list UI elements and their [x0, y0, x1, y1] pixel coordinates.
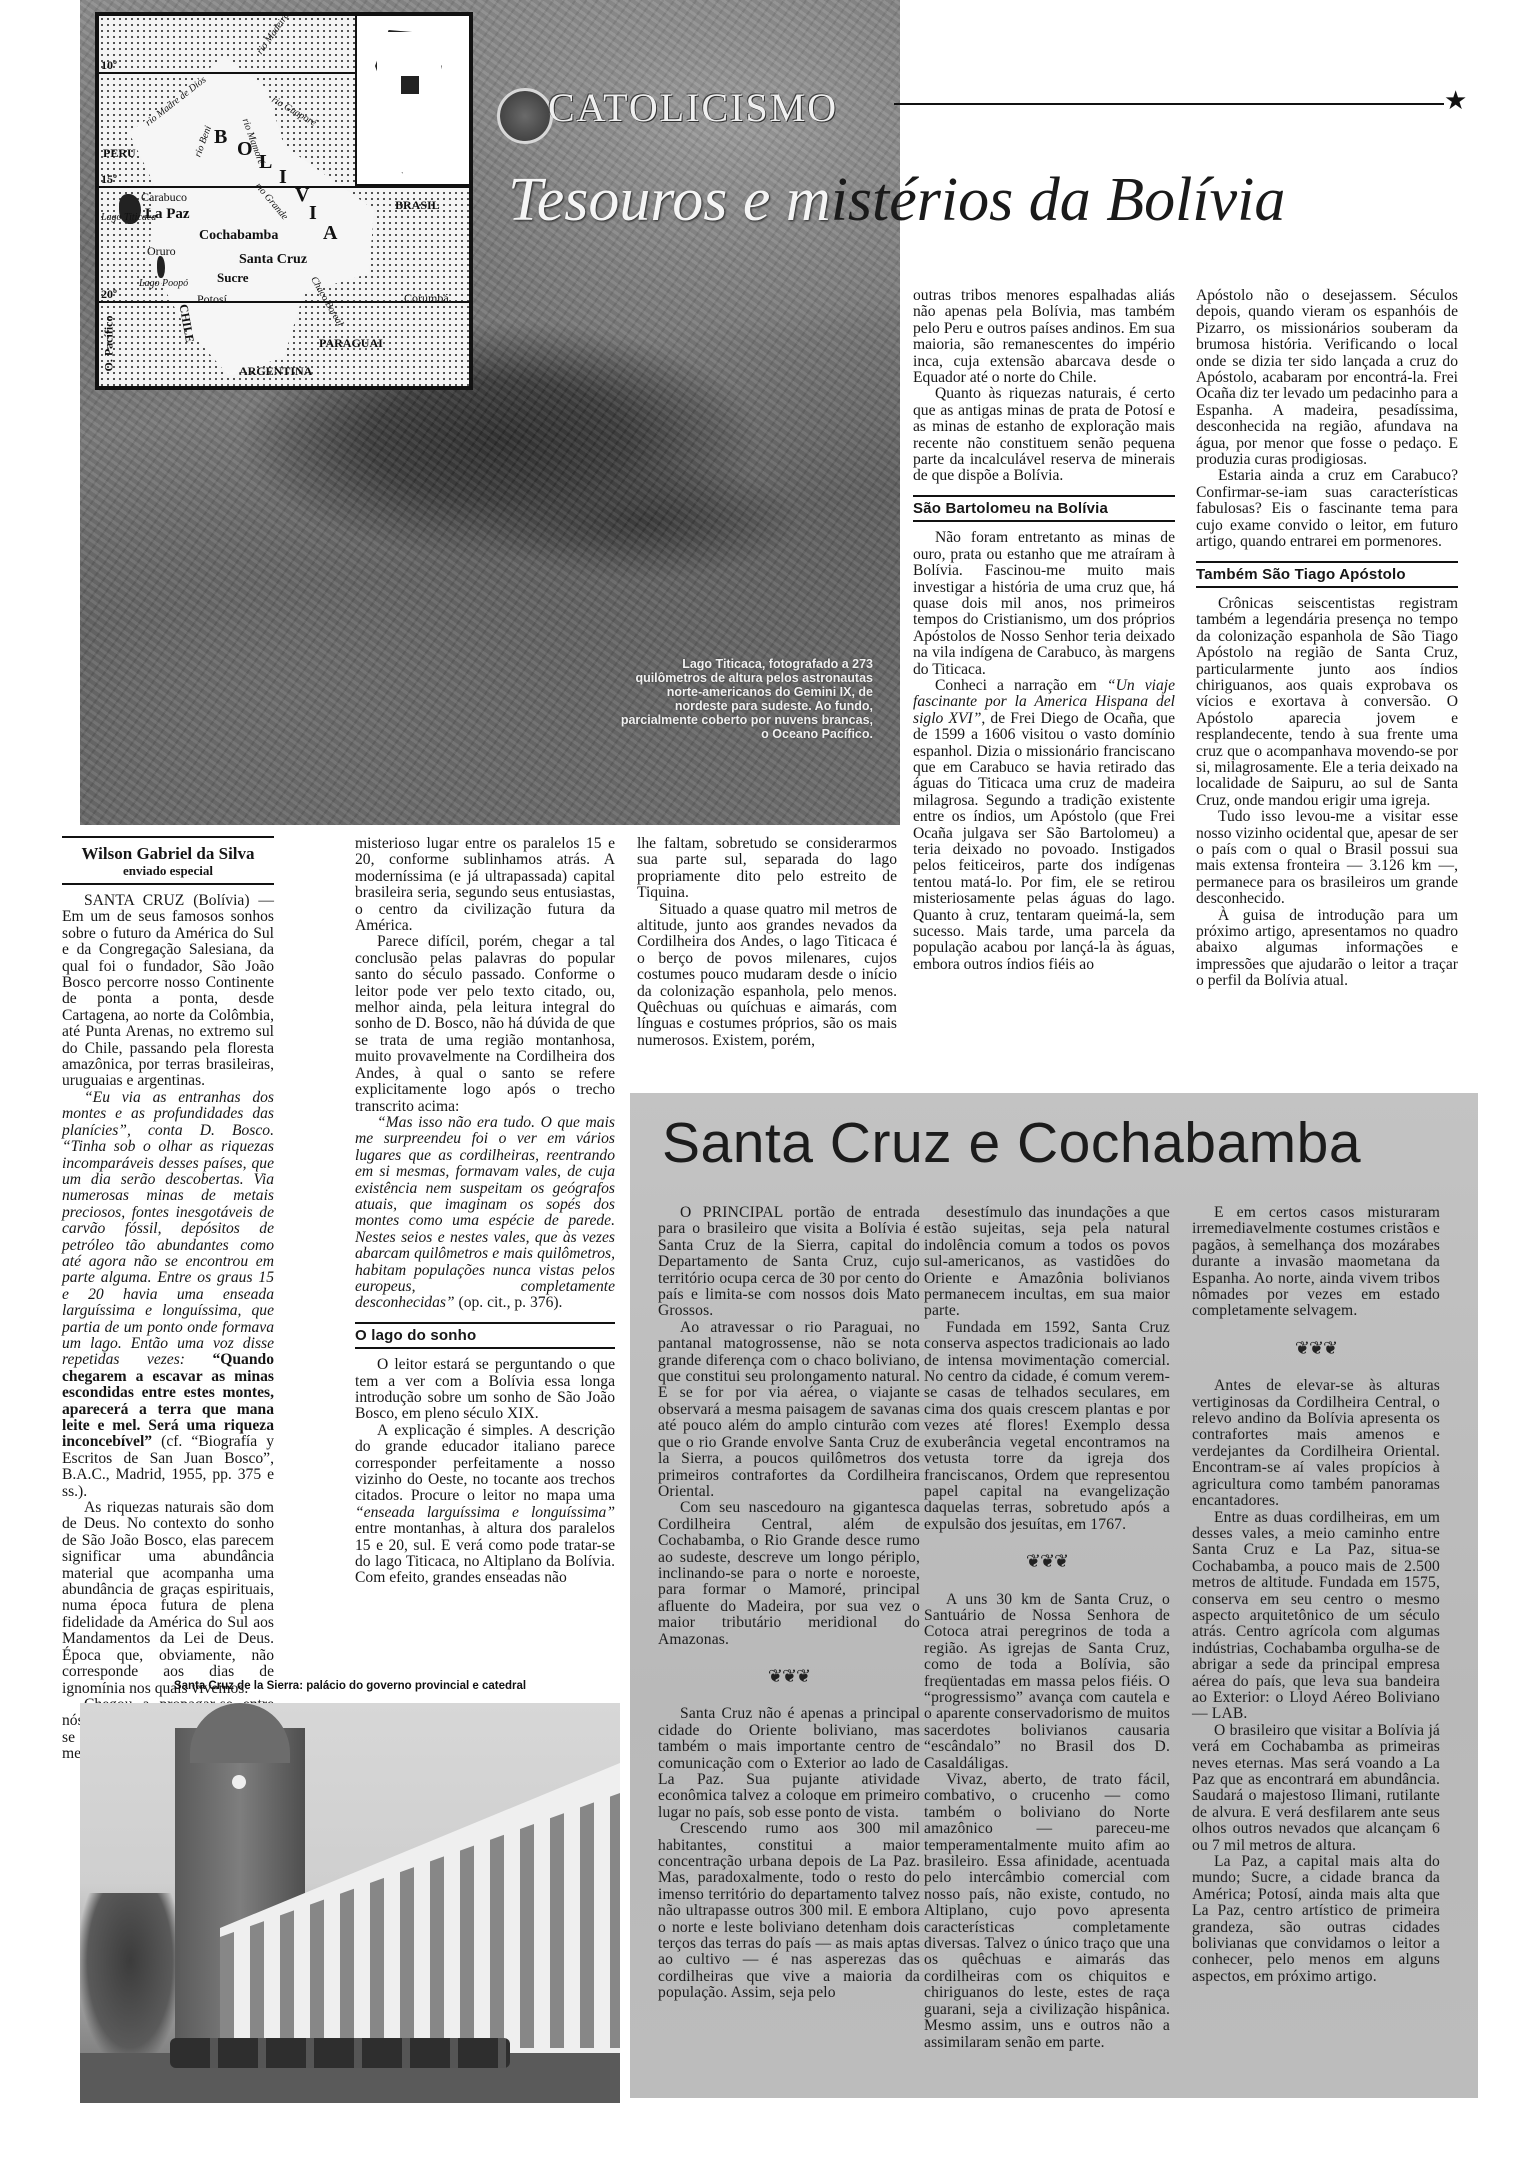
quote-bosco: “Mas isso não era tudo. O que mais me su…: [355, 1114, 615, 1311]
subhead-sao-bartolomeu: São Bartolomeu na Bolívia: [913, 495, 1175, 522]
paragraph: Fundada em 1592, Santa Cruz conserva asp…: [924, 1320, 1170, 1533]
paragraph: Conheci a narração em “Un viaje fascinan…: [913, 678, 1175, 973]
label-ocean: O. Pacífico: [101, 316, 116, 372]
article-column-1: SANTA CRUZ (Bolívia) — Em um de seus fam…: [62, 893, 274, 1763]
paragraph: “Mas isso não era tudo. O que mais me su…: [355, 1115, 615, 1312]
paragraph: O brasileiro que visitar a Bolívia já ve…: [1192, 1723, 1440, 1854]
label-cochabamba: Cochabamba: [199, 228, 278, 244]
paragraph: Santa Cruz não é apenas a principal cida…: [658, 1706, 920, 1821]
label-rio-madeira: rio Madeira: [255, 12, 292, 57]
paragraph: À guisa de introdução para um próximo ar…: [1196, 908, 1458, 990]
south-america-outline: [375, 30, 443, 174]
paragraph: Entre as duas cordilheiras, em um desses…: [1192, 1510, 1440, 1723]
paragraph: Apóstolo não o desejassem. Séculos depoi…: [1196, 288, 1458, 468]
paragraph: Quanto às riquezas naturais, é certo que…: [913, 386, 1175, 484]
label-santa-cruz: Santa Cruz: [239, 252, 307, 268]
lake-poopo-shape: [157, 256, 165, 278]
byline: Wilson Gabriel da Silva enviado especial: [62, 836, 274, 885]
south-america-inset-map: [355, 16, 469, 186]
paragraph: outras tribos menores espalhadas aliás n…: [913, 288, 1175, 386]
label-peru: PERU: [103, 146, 136, 161]
article-column-5: Apóstolo não o desejassem. Séculos depoi…: [1196, 288, 1458, 990]
article-column-2: misterioso lugar entre os paralelos 15 e…: [355, 836, 615, 1587]
cathedral-dome: [190, 1703, 290, 1763]
paragraph: Parece difícil, porém, chegar a tal conc…: [355, 934, 615, 1114]
catolicismo-seal-logo: [497, 88, 553, 144]
text: , de Frei Diego de Ocaña, que de 1599 a …: [913, 710, 1175, 973]
bolivia-highlight: [401, 76, 419, 94]
label-potosi: Potosí: [197, 292, 227, 307]
box-column-1: O PRINCIPAL portão de entrada para o bra…: [658, 1205, 920, 2002]
label-paraguai: PARAGUAI: [319, 336, 383, 351]
paragraph: Tudo isso levou-me a visitar esse nosso …: [1196, 809, 1458, 907]
text: Conheci a narração em: [935, 677, 1097, 694]
parked-cars: [170, 2038, 510, 2068]
label-carabuco: Carabuco: [141, 190, 187, 205]
text: entre montanhas, à altura dos paralelos …: [355, 1520, 615, 1586]
paragraph: La Paz, a capital mais alta do mundo; Su…: [1192, 1854, 1440, 1985]
building-photo-caption: Santa Cruz de la Sierra: palácio do gove…: [80, 1680, 620, 1692]
author-name: Wilson Gabriel da Silva: [62, 844, 274, 863]
bolivia-map: 10º 15º 20º B O L I V I A PERU BRASIL PA…: [95, 12, 473, 390]
paragraph: misterioso lugar entre os paralelos 15 e…: [355, 836, 615, 934]
article-column-4: outras tribos menores espalhadas aliás n…: [913, 288, 1175, 973]
paragraph: Estaria ainda a cruz em Carabuco? Confir…: [1196, 468, 1458, 550]
ornament-divider-icon: ❦❦❦: [924, 1553, 1170, 1569]
ornament-divider-icon: ❦❦❦: [1192, 1340, 1440, 1356]
article-headline: Tesouros e mistérios da Bolívia: [508, 165, 1285, 236]
quote-bosco: “Eu via as entranhas dos montes e as pro…: [62, 1089, 274, 1369]
paragraph: As riquezas naturais são dom de Deus. No…: [62, 1500, 274, 1697]
label-brasil: BRASIL: [395, 198, 440, 213]
map-letter: I: [309, 202, 319, 225]
masthead-rule: [894, 103, 1444, 105]
article-column-3: lhe faltam, sobretudo se considerarmos s…: [637, 836, 897, 1049]
label-corumba: Corumbá: [404, 291, 449, 306]
text: A explicação é simples. A descrição do g…: [355, 1422, 615, 1505]
paragraph: desestímulo das inundações a que estão s…: [924, 1205, 1170, 1320]
paragraph: Com seu nascedouro na gigantesca Cordilh…: [658, 1500, 920, 1648]
map-letter: I: [279, 166, 289, 189]
ornament-divider-icon: ❦❦❦: [658, 1668, 920, 1684]
map-letter: A: [323, 222, 339, 245]
subhead-sao-tiago: Também São Tiago Apóstolo: [1196, 561, 1458, 588]
paragraph: Ao atravessar o rio Paraguai, no pantana…: [658, 1320, 920, 1500]
label-argentina: ARGENTINA: [239, 364, 312, 379]
label-lago-poopo: Lago Poopó: [139, 278, 188, 289]
paragraph: Não foram entretanto as minas de ouro, p…: [913, 530, 1175, 678]
paragraph: “Eu via as entranhas dos montes e as pro…: [62, 1090, 274, 1500]
lat-label-15: 15º: [101, 172, 117, 187]
star-icon: ★: [1444, 88, 1467, 114]
clock-icon: [232, 1775, 246, 1789]
publication-name: CATOLICISMO: [548, 84, 838, 131]
paragraph: Situado a quase quatro mil metros de alt…: [637, 902, 897, 1050]
paragraph: O PRINCIPAL portão de entrada para o bra…: [658, 1205, 920, 1320]
headline-part-2: istérios da Bolívia: [831, 166, 1286, 234]
box-title: Santa Cruz e Cochabamba: [662, 1110, 1361, 1176]
paragraph: SANTA CRUZ (Bolívia) — Em um de seus fam…: [62, 893, 274, 1090]
paragraph: O leitor estará se perguntando o que tem…: [355, 1357, 615, 1423]
santa-cruz-palace-photo: [80, 1703, 620, 2103]
paragraph: A uns 30 km de Santa Cruz, o Santuário d…: [924, 1592, 1170, 1772]
box-column-3: E em certos casos misturaram irremediave…: [1192, 1205, 1440, 1985]
quote: “enseada larguíssima e longuíssima”: [355, 1504, 615, 1521]
paragraph: Vivaz, aberto, de trato fácil, combativo…: [924, 1772, 1170, 2051]
author-role: enviado especial: [62, 863, 274, 878]
paragraph: E em certos casos misturaram irremediave…: [1192, 1205, 1440, 1320]
citation: (op. cit., p. 376).: [459, 1294, 563, 1311]
box-column-2: desestímulo das inundações a que estão s…: [924, 1205, 1170, 2051]
palm-trees: [80, 1893, 180, 2063]
label-oruro: Oruro: [147, 244, 176, 259]
paragraph: Antes de elevar-se às alturas vertiginos…: [1192, 1378, 1440, 1509]
label-lago-titicaca: Lago Titicaca: [101, 212, 156, 223]
lat-label-20: 20º: [101, 287, 117, 302]
paragraph: lhe faltam, sobretudo se considerarmos s…: [637, 836, 897, 902]
satellite-photo-caption: Lago Titicaca, fotografado a 273 quilôme…: [615, 657, 873, 741]
headline-part-1: Tesouros e m: [508, 166, 831, 234]
map-letter: B: [214, 126, 229, 149]
lat-label-10: 10º: [101, 58, 117, 73]
subhead-o-lago-do-sonho: O lago do sonho: [355, 1322, 615, 1349]
paragraph: A explicação é simples. A descrição do g…: [355, 1423, 615, 1587]
paragraph: Crônicas seiscentistas registram também …: [1196, 596, 1458, 809]
paragraph: Crescendo rumo aos 300 mil habitantes, c…: [658, 1821, 920, 2001]
label-sucre: Sucre: [217, 270, 249, 286]
